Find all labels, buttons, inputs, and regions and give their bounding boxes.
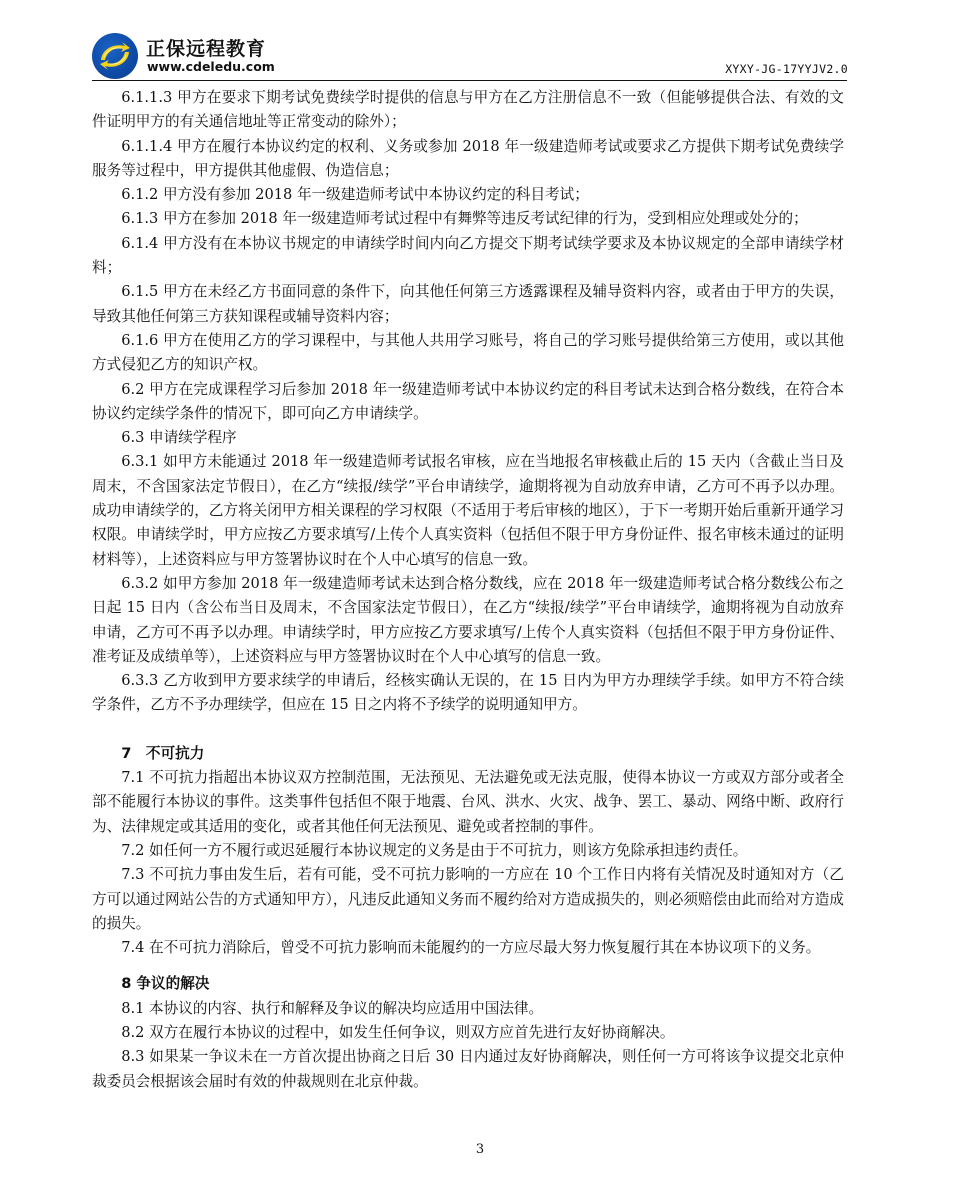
clause-8-1: 8.1 本协议的内容、执行和解释及争议的解决均应适用中国法律。	[92, 997, 844, 1021]
clause-7-2: 7.2 如任何一方不履行或迟延履行本协议规定的义务是由于不可抗力，则该方免除承担…	[92, 839, 844, 863]
clause-8-2: 8.2 双方在履行本协议的过程中，如发生任何争议，则双方应首先进行友好协商解决。	[92, 1021, 844, 1045]
section-7-heading: 7 不可抗力	[92, 742, 844, 766]
brand-name: 正保远程教育	[146, 34, 266, 61]
swirl-logo-icon	[92, 33, 138, 79]
section-8-heading: 8 争议的解决	[92, 972, 844, 996]
clause-6-3-2: 6.3.2 如甲方参加 2018 年一级建造师考试未达到合格分数线，应在 201…	[92, 572, 844, 669]
clause-6-3-3: 6.3.3 乙方收到甲方要求续学的申请后，经核实确认无误的，在 15 日内为甲方…	[92, 669, 844, 718]
clause-6-1-3: 6.1.3 甲方在参加 2018 年一级建造师考试过程中有舞弊等违反考试纪律的行…	[92, 207, 844, 231]
clause-6-2: 6.2 甲方在完成课程学习后参加 2018 年一级建造师考试中本协议约定的科目考…	[92, 378, 844, 427]
clause-6-3-1: 6.3.1 如甲方未能通过 2018 年一级建造师考试报名审核，应在当地报名审核…	[92, 450, 844, 571]
document-body: 6.1.1.3 甲方在要求下期考试免费续学时提供的信息与甲方在乙方注册信息不一致…	[92, 86, 844, 1094]
page-number: 3	[0, 1142, 960, 1157]
clause-6-1-4: 6.1.4 甲方没有在本协议书规定的申请续学时间内向乙方提交下期考试续学要求及本…	[92, 232, 844, 281]
header-divider	[92, 80, 847, 81]
clause-6-1-1-4: 6.1.1.4 甲方在履行本协议约定的权利、义务或参加 2018 年一级建造师考…	[92, 135, 844, 184]
page-header: 正保远程教育 www.cdeledu.com XYXY-JG-17YYJV2.0	[0, 0, 960, 84]
clause-7-3: 7.3 不可抗力事由发生后，若有可能，受不可抗力影响的一方应在 10 个工作日内…	[92, 863, 844, 936]
section-spacer	[92, 960, 844, 972]
clause-7-1: 7.1 不可抗力指超出本协议双方控制范围，无法预见、无法避免或无法克服，使得本协…	[92, 766, 844, 839]
clause-6-1-1-3: 6.1.1.3 甲方在要求下期考试免费续学时提供的信息与甲方在乙方注册信息不一致…	[92, 86, 844, 135]
document-code: XYXY-JG-17YYJV2.0	[725, 62, 848, 76]
clause-6-3: 6.3 申请续学程序	[92, 426, 844, 450]
clause-6-1-6: 6.1.6 甲方在使用乙方的学习课程中，与其他人共用学习账号，将自己的学习账号提…	[92, 329, 844, 378]
clause-7-4: 7.4 在不可抗力消除后，曾受不可抗力影响而未能履约的一方应尽最大努力恢复履行其…	[92, 936, 844, 960]
section-spacer	[92, 718, 844, 742]
clause-8-3: 8.3 如果某一争议未在一方首次提出协商之日后 30 日内通过友好协商解决，则任…	[92, 1045, 844, 1094]
clause-6-1-2: 6.1.2 甲方没有参加 2018 年一级建造师考试中本协议约定的科目考试；	[92, 183, 844, 207]
clause-6-1-5: 6.1.5 甲方在未经乙方书面同意的条件下，向其他任何第三方透露课程及辅导资料内…	[92, 280, 844, 329]
brand-url: www.cdeledu.com	[147, 59, 275, 74]
